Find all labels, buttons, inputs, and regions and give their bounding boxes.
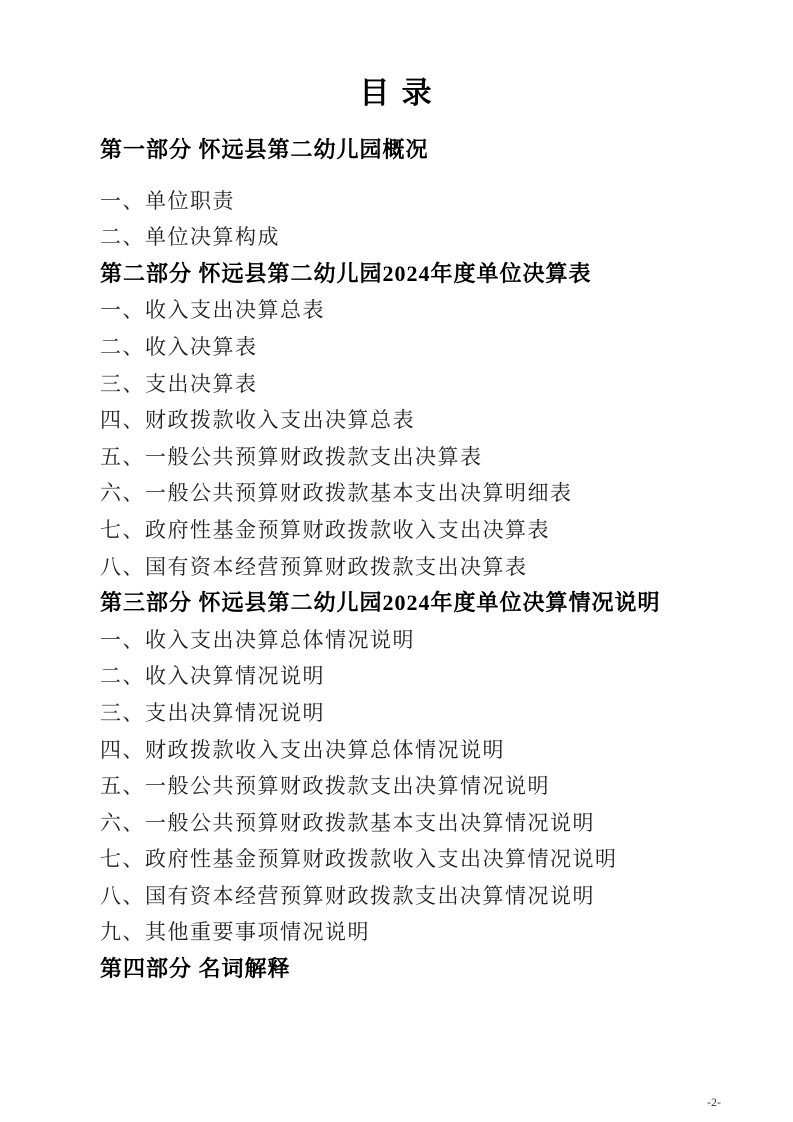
section-heading-part3: 第三部分 怀远县第二幼儿园2024年度单位决算情况说明 bbox=[100, 585, 713, 622]
section-heading-part1: 第一部分 怀远县第二幼儿园概况 bbox=[100, 132, 713, 169]
toc-item: 四、财政拨款收入支出决算总体情况说明 bbox=[100, 732, 713, 769]
toc-item: 七、政府性基金预算财政拨款收入支出决算表 bbox=[100, 512, 713, 549]
toc-item: 一、收入支出决算总表 bbox=[100, 292, 713, 329]
toc-item: 三、支出决算表 bbox=[100, 366, 713, 403]
toc-item: 一、收入支出决算总体情况说明 bbox=[100, 622, 713, 659]
toc-item: 一、单位职责 bbox=[100, 183, 713, 220]
toc-item: 二、收入决算表 bbox=[100, 329, 713, 366]
page-number: -2- bbox=[707, 1095, 721, 1110]
toc-item: 二、单位决算构成 bbox=[100, 219, 713, 256]
toc-item: 六、一般公共预算财政拨款基本支出决算明细表 bbox=[100, 475, 713, 512]
table-of-contents: 第一部分 怀远县第二幼儿园概况 一、单位职责 二、单位决算构成 第二部分 怀远县… bbox=[100, 132, 713, 988]
toc-item: 七、政府性基金预算财政拨款收入支出决算情况说明 bbox=[100, 841, 713, 878]
toc-item: 八、国有资本经营预算财政拨款支出决算情况说明 bbox=[100, 878, 713, 915]
toc-item: 五、一般公共预算财政拨款支出决算情况说明 bbox=[100, 768, 713, 805]
toc-item: 六、一般公共预算财政拨款基本支出决算情况说明 bbox=[100, 805, 713, 842]
toc-item: 四、财政拨款收入支出决算总表 bbox=[100, 402, 713, 439]
document-page: 目 录 第一部分 怀远县第二幼儿园概况 一、单位职责 二、单位决算构成 第二部分… bbox=[0, 0, 793, 1122]
toc-item: 五、一般公共预算财政拨款支出决算表 bbox=[100, 439, 713, 476]
page-title: 目 录 bbox=[0, 76, 793, 112]
section-heading-part4: 第四部分 名词解释 bbox=[100, 951, 713, 988]
toc-item: 三、支出决算情况说明 bbox=[100, 695, 713, 732]
toc-item: 八、国有资本经营预算财政拨款支出决算表 bbox=[100, 549, 713, 586]
section-heading-part2: 第二部分 怀远县第二幼儿园2024年度单位决算表 bbox=[100, 256, 713, 293]
toc-item: 二、收入决算情况说明 bbox=[100, 658, 713, 695]
toc-item: 九、其他重要事项情况说明 bbox=[100, 914, 713, 951]
